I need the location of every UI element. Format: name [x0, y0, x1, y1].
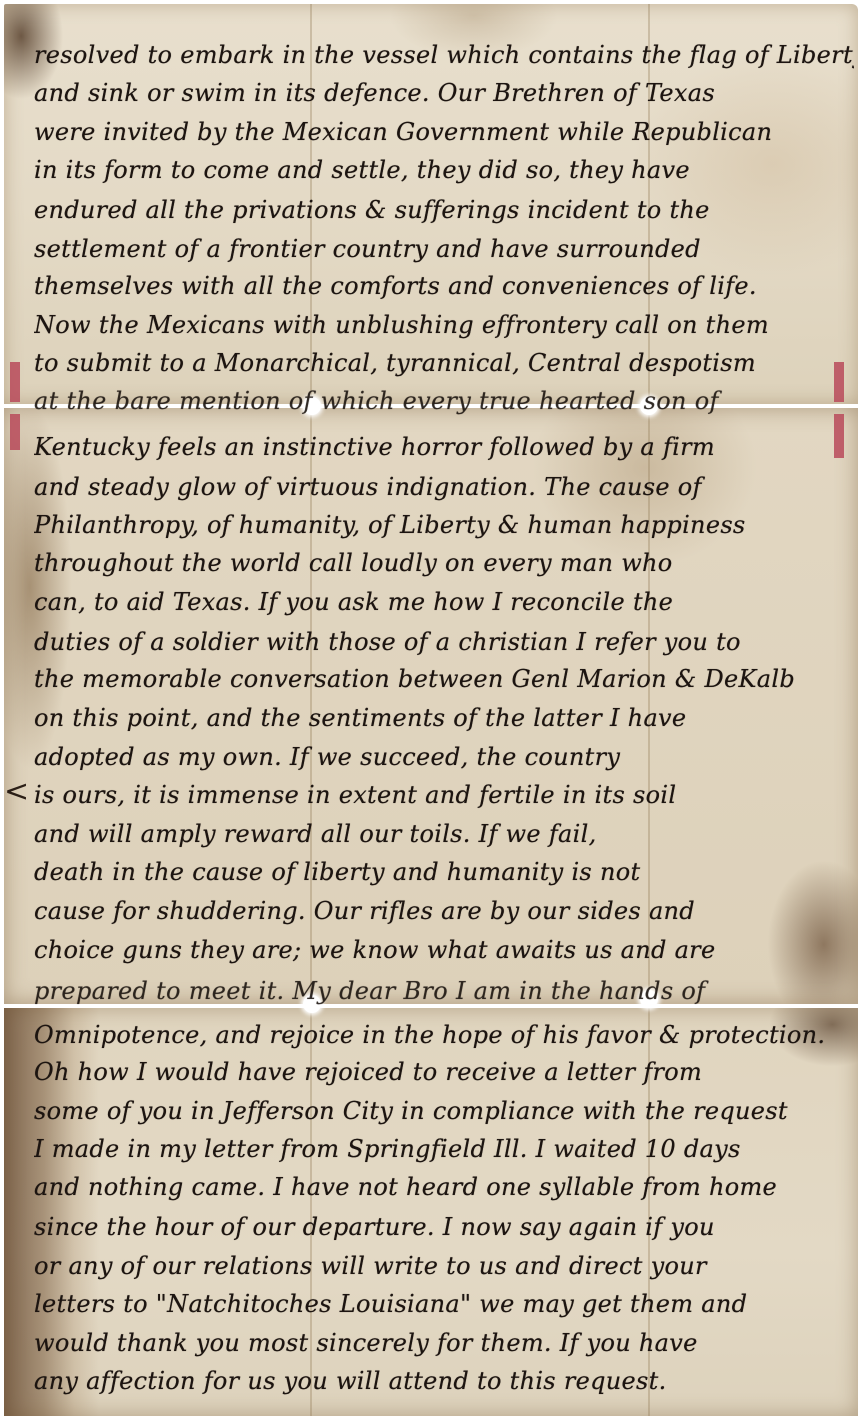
text-line: letters to "Natchitoches Louisiana" we m…: [34, 1289, 854, 1319]
text-line: would thank you most sincerely for them.…: [34, 1328, 854, 1358]
text-line: Oh how I would have rejoiced to receive …: [34, 1057, 854, 1087]
text-line: Philanthropy, of humanity, of Liberty & …: [34, 510, 854, 540]
text-line: death in the cause of liberty and humani…: [34, 857, 854, 887]
text-line: Now the Mexicans with unblushing effront…: [34, 310, 854, 340]
margin-mark: <: [4, 774, 29, 809]
text-line: since the hour of our departure. I now s…: [34, 1212, 854, 1242]
text-line: cause for shuddering. Our rifles are by …: [34, 896, 854, 926]
text-line: on this point, and the sentiments of the…: [34, 703, 854, 733]
text-line: or any of our relations will write to us…: [34, 1251, 854, 1281]
text-line: and will amply reward all our toils. If …: [34, 819, 854, 849]
text-line: Kentucky feels an instinctive horror fol…: [34, 432, 854, 462]
text-line: adopted as my own. If we succeed, the co…: [34, 742, 854, 772]
text-line: any affection for us you will attend to …: [34, 1366, 854, 1396]
text-line: settlement of a frontier country and hav…: [34, 234, 854, 264]
text-line: Omnipotence, and rejoice in the hope of …: [34, 1020, 854, 1050]
text-line: duties of a soldier with those of a chri…: [34, 627, 854, 657]
text-line: to submit to a Monarchical, tyrannical, …: [34, 348, 854, 378]
text-line: throughout the world call loudly on ever…: [34, 548, 854, 578]
text-line: themselves with all the comforts and con…: [34, 271, 854, 301]
text-line: I made in my letter from Springfield Ill…: [34, 1134, 854, 1164]
letter-page: resolved to embark in the vessel which c…: [0, 0, 864, 1422]
text-line: choice guns they are; we know what await…: [34, 935, 854, 965]
text-line: and nothing came. I have not heard one s…: [34, 1172, 854, 1202]
text-line: were invited by the Mexican Government w…: [34, 117, 854, 147]
text-line: prepared to meet it. My dear Bro I am in…: [34, 976, 854, 1006]
letter-text: resolved to embark in the vessel which c…: [0, 0, 864, 1422]
text-line: is ours, it is immense in extent and fer…: [34, 780, 854, 810]
text-line: can, to aid Texas. If you ask me how I r…: [34, 587, 854, 617]
text-line: endured all the privations & sufferings …: [34, 195, 854, 225]
text-line: the memorable conversation between Genl …: [34, 664, 854, 694]
text-line: in its form to come and settle, they did…: [34, 155, 854, 185]
text-line: resolved to embark in the vessel which c…: [34, 40, 854, 70]
text-line: at the bare mention of which every true …: [34, 386, 854, 416]
text-line: and sink or swim in its defence. Our Bre…: [34, 78, 854, 108]
text-line: some of you in Jefferson City in complia…: [34, 1096, 854, 1126]
text-line: and steady glow of virtuous indignation.…: [34, 472, 854, 502]
